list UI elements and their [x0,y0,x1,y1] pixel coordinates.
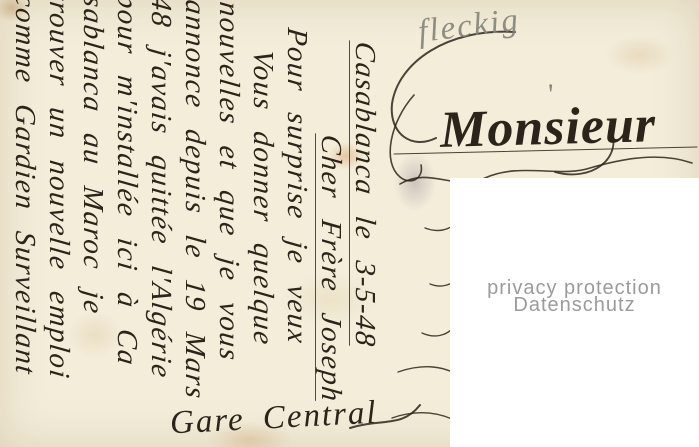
privacy-watermark-line-de: Datenschutz [450,297,699,314]
letter-line: annonce depuis le 19 Mars [178,0,212,447]
letter-line: pour m'installée ici à Ca [110,0,144,447]
letter-line: trouver un nouvelle emploi [42,0,76,447]
letter-line: nouvelles et que je vous [212,0,246,447]
letter-line: Vous donner quelque [246,0,280,447]
letter-line: sablanca au Maroc je [76,0,110,447]
privacy-watermark: privacy protection Datenschutz [450,280,699,314]
letter-line: comme Gardien Surveillant [8,0,42,447]
dealer-note: fleckig [416,2,522,51]
letter-line: Casablanca le 3-5-48 [348,0,382,447]
letter-body: Casablanca le 3-5-48Cher Frère JosephPou… [0,0,420,447]
salutation: Monsieur [439,95,657,160]
letter-line: 48 j'avais quittée l'Algérie [144,0,178,447]
letter-line: Pour surprise je veux [280,0,314,447]
privacy-overlay: privacy protection Datenschutz [450,178,699,447]
letter-line: Cher Frère Joseph [314,0,348,447]
margin-tail-3 [422,329,452,336]
postcard-scan: fleckig ' Monsieur Casablanca le 3-5-48C… [0,0,699,447]
